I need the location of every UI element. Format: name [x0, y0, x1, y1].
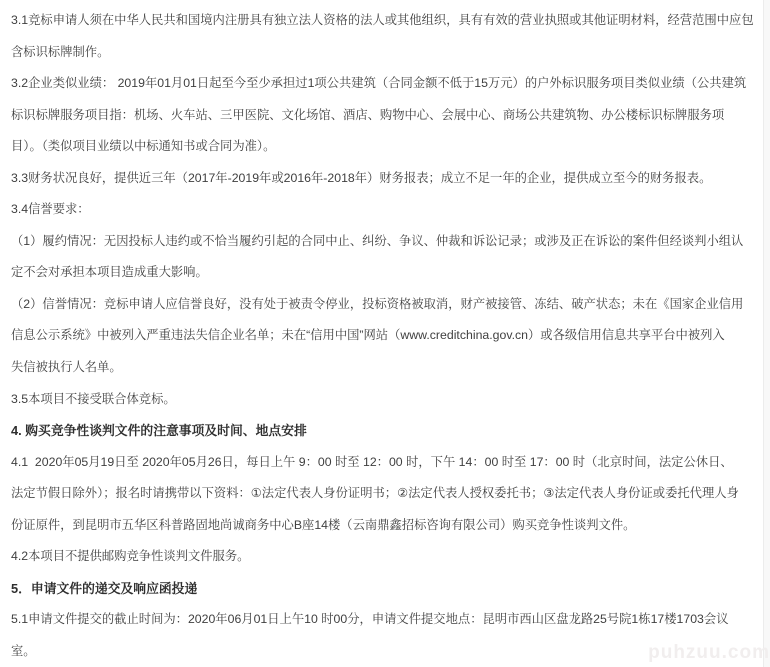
text-line: 含标识标牌制作。 — [11, 37, 755, 69]
text-line: 室。 — [11, 636, 755, 667]
text-line: 份证原件，到昆明市五华区科普路固地尚诚商务中心B座14楼（云南鼎鑫招标咨询有限公… — [11, 510, 755, 542]
section-heading: 5．申请文件的递交及响应函投递 — [11, 573, 755, 605]
text-line: 3.3财务状况良好，提供近三年（2017年-2019年或2016年-2018年）… — [11, 163, 755, 195]
text-line: 定不会对承担本项目造成重大影响。 — [11, 257, 755, 289]
watermark: puhzuu.com — [648, 642, 770, 664]
section-heading: 4. 购买竞争性谈判文件的注意事项及时间、地点安排 — [11, 415, 755, 447]
text-line: （2）信誉情况：竞标申请人应信誉良好，没有处于被责令停业，投标资格被取消，财产被… — [11, 289, 755, 321]
text-line: 3.1竞标申请人须在中华人民共和国境内注册具有独立法人资格的法人或其他组织，具有… — [11, 5, 755, 37]
text-line: 3.5本项目不接受联合体竞标。 — [11, 384, 755, 416]
text-line: 失信被执行人名单。 — [11, 352, 755, 384]
document-body: 3.1竞标申请人须在中华人民共和国境内注册具有独立法人资格的法人或其他组织，具有… — [11, 0, 755, 667]
text-line: 目）。（类似项目业绩以中标通知书或合同为准）。 — [11, 131, 755, 163]
text-line: 4.1 2020年05月19日至 2020年05月26日，每日上午 9：00 时… — [11, 447, 755, 479]
text-line: 信息公示系统》中被列入严重违法失信企业名单；未在“信用中国”网站（www.cre… — [11, 320, 755, 352]
text-line: 3.2企业类似业绩： 2019年01月01日起至今至少承担过1项公共建筑（合同金… — [11, 68, 755, 100]
text-line: 3.4信誉要求： — [11, 194, 755, 226]
text-line: 法定节假日除外）；报名时请携带以下资料：①法定代表人身份证明书；②法定代表人授权… — [11, 478, 755, 510]
text-line: 4.2本项目不提供邮购竞争性谈判文件服务。 — [11, 541, 755, 573]
text-line: 5.1申请文件提交的截止时间为：2020年06月01日上午10 时00分，申请文… — [11, 604, 755, 636]
text-line: （1）履约情况：无因投标人违约或不恰当履约引起的合同中止、纠纷、争议、仲裁和诉讼… — [11, 226, 755, 258]
text-line: 标识标牌服务项目指：机场、火车站、三甲医院、文化场馆、酒店、购物中心、会展中心、… — [11, 100, 755, 132]
page-edge-strip — [763, 0, 770, 667]
document-page: 3.1竞标申请人须在中华人民共和国境内注册具有独立法人资格的法人或其他组织，具有… — [0, 0, 763, 667]
